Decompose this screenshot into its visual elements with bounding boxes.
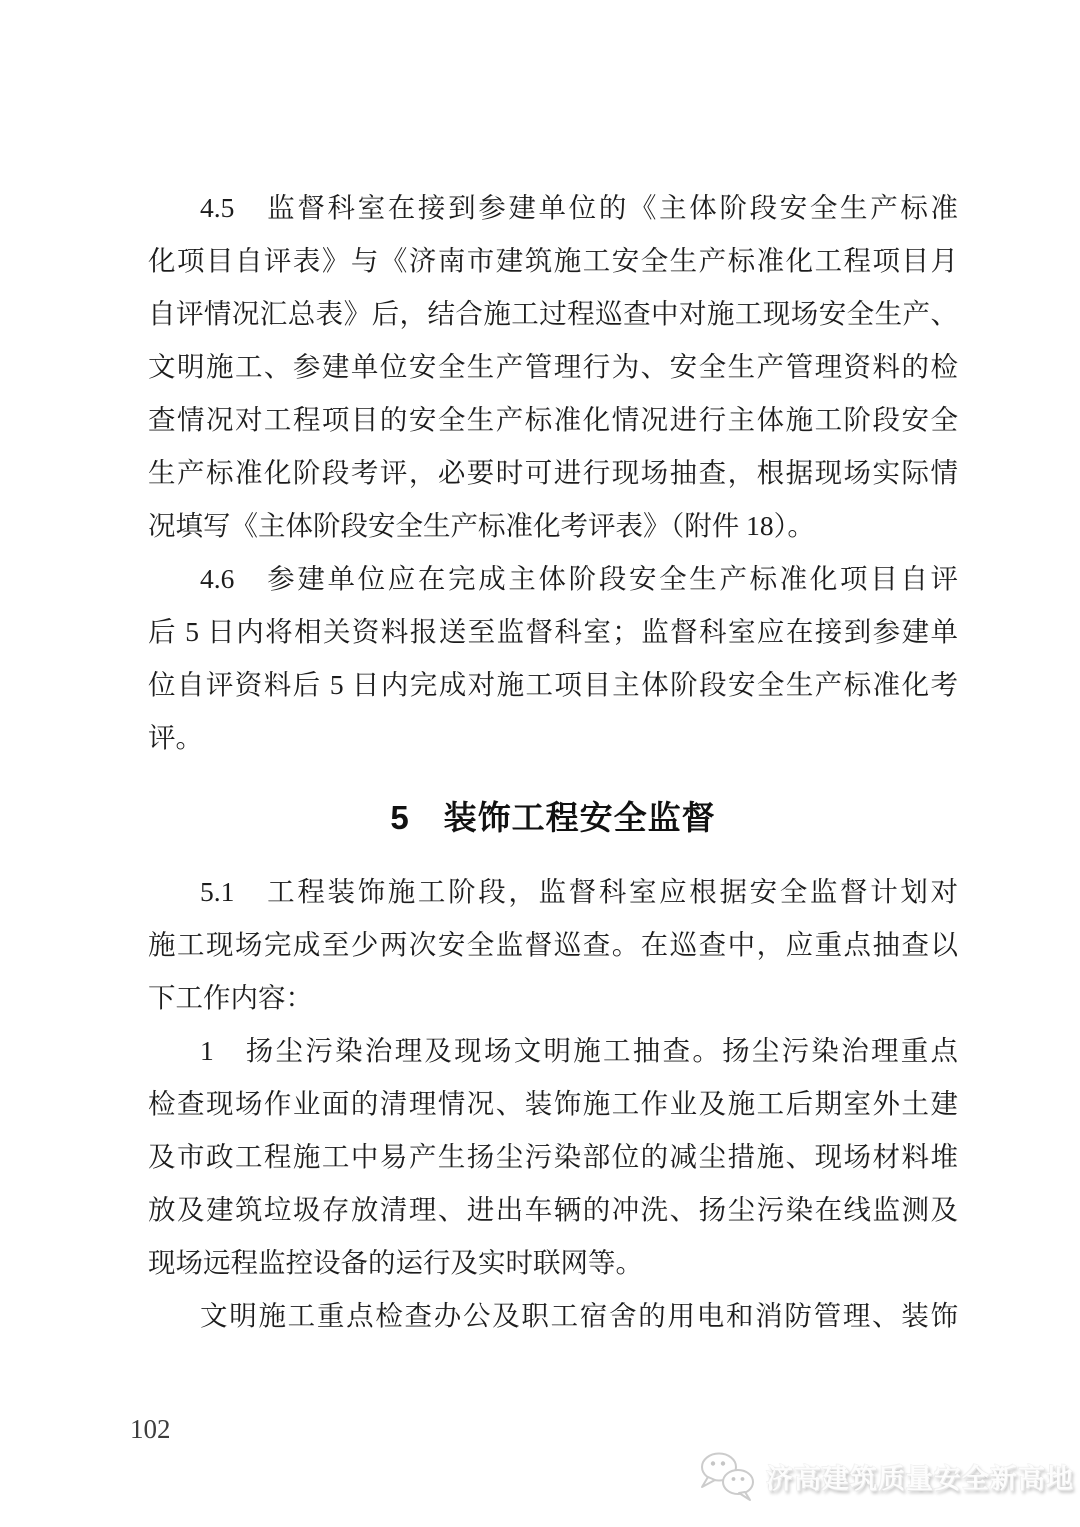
text-line: 检查现场作业面的清理情况、装饰施工作业及施工后期室外土建 <box>148 1077 958 1130</box>
watermark: 济高建筑质量安全新高地 <box>696 1448 1074 1504</box>
text-line: 下工作内容： <box>148 971 958 1024</box>
text-line: 位自评资料后 5 日内完成对施工项目主体阶段安全生产标准化考 <box>148 658 958 711</box>
document-page: 4.5 监督科室在接到参建单位的《主体阶段安全生产标准化项目自评表》与《济南市建… <box>0 0 1080 1527</box>
section-5-heading: 5 装饰工程安全监督 <box>148 791 958 844</box>
section-5-1: 5.1 工程装饰施工阶段，监督科室应根据安全监督计划对施工现场完成至少两次安全监… <box>148 865 958 1024</box>
text-line: 生产标准化阶段考评，必要时可进行现场抽查，根据现场实际情 <box>148 446 958 499</box>
document-body: 4.5 监督科室在接到参建单位的《主体阶段安全生产标准化项目自评表》与《济南市建… <box>148 181 958 1342</box>
text-line: 施工现场完成至少两次安全监督巡查。在巡查中，应重点抽查以 <box>148 918 958 971</box>
section-4-6: 4.6 参建单位应在完成主体阶段安全生产标准化项目自评后 5 日内将相关资料报送… <box>148 552 958 764</box>
item-1-dust-control: 1 扬尘污染治理及现场文明施工抽查。扬尘污染治理重点检查现场作业面的清理情况、装… <box>148 1024 958 1289</box>
text-line: 放及建筑垃圾存放清理、进出车辆的冲洗、扬尘污染在线监测及 <box>148 1183 958 1236</box>
wechat-icon <box>696 1448 760 1504</box>
section-4-5: 4.5 监督科室在接到参建单位的《主体阶段安全生产标准化项目自评表》与《济南市建… <box>148 181 958 552</box>
text-line: 现场远程监控设备的运行及实时联网等。 <box>148 1236 958 1289</box>
text-line: 自评情况汇总表》后，结合施工过程巡查中对施工现场安全生产、 <box>148 287 958 340</box>
text-line: 文明施工、参建单位安全生产管理行为、安全生产管理资料的检 <box>148 340 958 393</box>
text-line: 及市政工程施工中易产生扬尘污染部位的减尘措施、现场材料堆 <box>148 1130 958 1183</box>
paragraph-civilized-construction: 文明施工重点检查办公及职工宿舍的用电和消防管理、装饰 <box>148 1289 958 1342</box>
text-line: 1 扬尘污染治理及现场文明施工抽查。扬尘污染治理重点 <box>148 1024 958 1077</box>
text-line: 4.5 监督科室在接到参建单位的《主体阶段安全生产标准 <box>148 181 958 234</box>
text-line: 文明施工重点检查办公及职工宿舍的用电和消防管理、装饰 <box>148 1289 958 1342</box>
page-number: 102 <box>130 1414 171 1445</box>
text-line: 查情况对工程项目的安全生产标准化情况进行主体施工阶段安全 <box>148 393 958 446</box>
text-line: 评。 <box>148 711 958 764</box>
text-line: 化项目自评表》与《济南市建筑施工安全生产标准化工程项目月 <box>148 234 958 287</box>
text-line: 5.1 工程装饰施工阶段，监督科室应根据安全监督计划对 <box>148 865 958 918</box>
text-line: 后 5 日内将相关资料报送至监督科室；监督科室应在接到参建单 <box>148 605 958 658</box>
text-line: 况填写《主体阶段安全生产标准化考评表》（附件 18）。 <box>148 499 958 552</box>
watermark-text: 济高建筑质量安全新高地 <box>766 1457 1074 1496</box>
text-line: 4.6 参建单位应在完成主体阶段安全生产标准化项目自评 <box>148 552 958 605</box>
